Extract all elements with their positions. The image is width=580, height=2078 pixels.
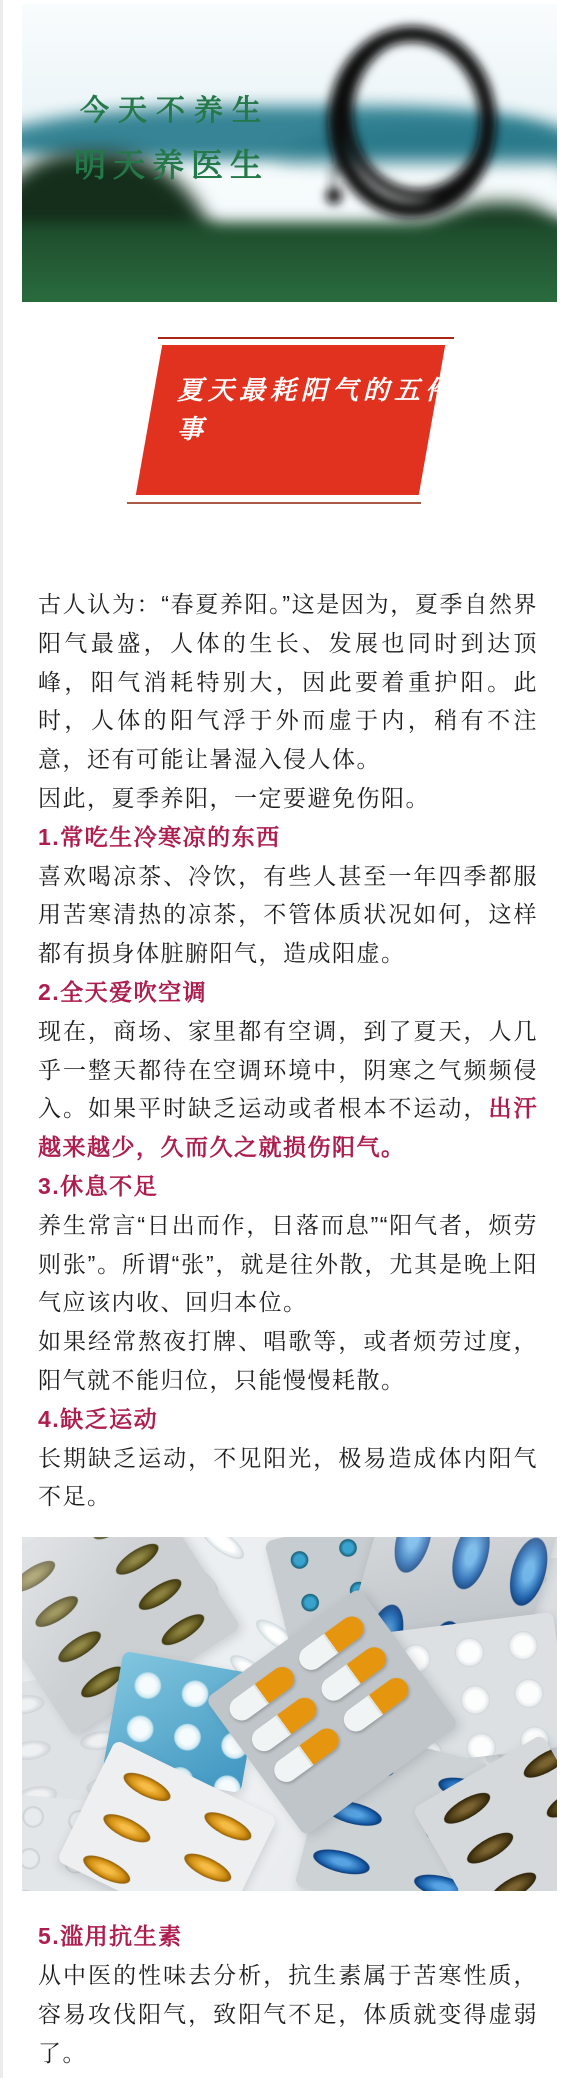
- section-heading-4: 4.缺乏运动: [38, 1400, 538, 1439]
- banner-title-line2: 事: [177, 410, 436, 449]
- paragraph: 因此，夏季养阳，一定要避免伤阳。: [38, 779, 538, 818]
- paragraph: 长期缺乏运动，不见阳光，极易造成体内阳气不足。: [38, 1439, 538, 1517]
- paragraph-text: 现在，商场、家里都有空调，到了夏天，人几乎一整天都待在空调环境中，阴寒之气频频侵…: [38, 1018, 538, 1122]
- article-body: 古人认为：“春夏养阳。”这是因为，夏季自然界阳气最盛，人体的生长、发展也同时到达…: [0, 585, 580, 2078]
- article-page: 今天不养生 明天养医生 夏天最耗阳气的五件 事 古人认为：“春夏养阳。”这是因为…: [0, 0, 580, 2078]
- section-heading-2: 2.全天爱吹空调: [38, 973, 538, 1012]
- paragraph: 古人认为：“春夏养阳。”这是因为，夏季自然界阳气最盛，人体的生长、发展也同时到达…: [38, 585, 538, 779]
- section-heading-1: 1.常吃生冷寒凉的东西: [38, 818, 538, 857]
- paragraph: 从中医的性味去分析，抗生素属于苦寒性质，容易攻伐阳气，致阳气不足，体质就变得虚弱…: [38, 1956, 538, 2072]
- paragraph: 喜欢喝凉茶、冷饮，有些人甚至一年四季都服用苦寒清热的凉茶，不管体质状况如何，这样…: [38, 857, 538, 973]
- section-heading-5: 5.滥用抗生素: [38, 1917, 538, 1956]
- header-slogan-line2: 明天养医生: [74, 140, 270, 186]
- header-image[interactable]: 今天不养生 明天养医生: [22, 4, 557, 302]
- header-slogan: 今天不养生 明天养医生: [80, 88, 270, 186]
- paragraph: 现在，商场、家里都有空调，到了夏天，人几乎一整天都待在空调环境中，阴寒之气频频侵…: [38, 1012, 538, 1167]
- ink-enso-circle-icon: [290, 4, 550, 254]
- section-title-banner: 夏天最耗阳气的五件 事: [136, 345, 445, 495]
- banner-title-line1: 夏天最耗阳气的五件: [177, 371, 436, 410]
- title-banner-section: 夏天最耗阳气的五件 事: [0, 302, 580, 585]
- paragraph: 如果经常熬夜打牌、唱歌等，或者烦劳过度，阳气就不能归位，只能慢慢耗散。: [38, 1322, 538, 1400]
- paragraph: 养生常言“日出而作，日落而息”“阳气者，烦劳则张”。所谓“张”，就是往外散，尤其…: [38, 1206, 538, 1322]
- header-slogan-line1: 今天不养生: [80, 88, 270, 129]
- section-heading-3: 3.休息不足: [38, 1167, 538, 1206]
- banner-divider-top: [158, 337, 454, 339]
- pills-photo[interactable]: [22, 1537, 557, 1891]
- banner-divider-bottom: [127, 502, 421, 504]
